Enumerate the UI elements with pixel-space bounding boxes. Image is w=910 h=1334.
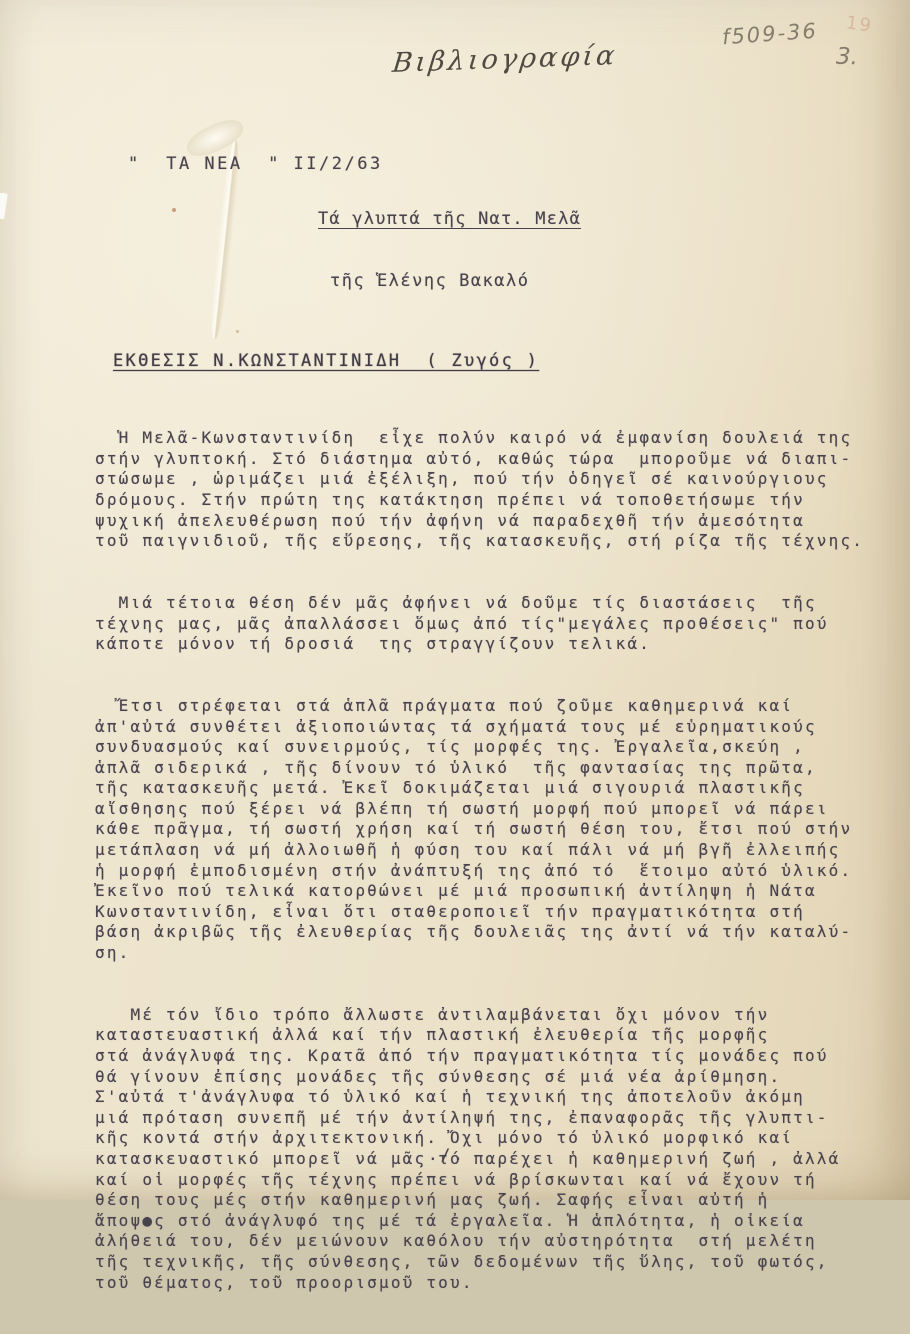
rust-speck bbox=[236, 330, 239, 333]
paragraph: Μιά τέτοια θέση δέν μᾶς ἀφήνει νά δοῦμε … bbox=[95, 593, 875, 655]
paragraph: Ἔτσι στρέφεται στά ἁπλᾶ πράγματα πού ζοῦ… bbox=[95, 696, 875, 964]
newspaper-source-line: " ΤΑ ΝΕΑ " ΙΙ/2/63 bbox=[128, 154, 383, 174]
faint-corner-stamp: 19 bbox=[845, 12, 875, 37]
section-heading: ΕΚΘΕΣΙΣ Ν.ΚΩΝΣΤΑΝΤΙΝΙΔΗ ( Ζυγός ) bbox=[113, 351, 539, 371]
article-title: Τά γλυπτά τῆς Νατ. Μελᾶ bbox=[318, 209, 581, 229]
handwritten-bibliography-label: Βιβλιογραφία bbox=[391, 40, 619, 79]
paragraph: Ἡ Μελᾶ-Κωνσταντινίδη εἶχε πολύν καιρό νά… bbox=[95, 428, 875, 552]
rust-speck bbox=[172, 208, 176, 212]
byline: τῆς Ἑλένης Βακαλό bbox=[330, 271, 530, 291]
page-number: 3. bbox=[836, 44, 859, 71]
scanned-paper-page: 19 f509-36 3. Βιβλιογραφία " ΤΑ ΝΕΑ " ΙΙ… bbox=[0, 0, 910, 1200]
body-text: Ἡ Μελᾶ-Κωνσταντινίδη εἶχε πολύν καιρό νά… bbox=[95, 387, 875, 1200]
page-end-mark: ./. bbox=[428, 1145, 466, 1164]
paragraph: Μέ τόν ἴδιο τρόπο ἄλλωστε ἀντιλαμβάνεται… bbox=[95, 1005, 875, 1200]
scan-edge-artifact bbox=[0, 193, 8, 220]
catalog-number: f509-36 bbox=[721, 19, 818, 50]
